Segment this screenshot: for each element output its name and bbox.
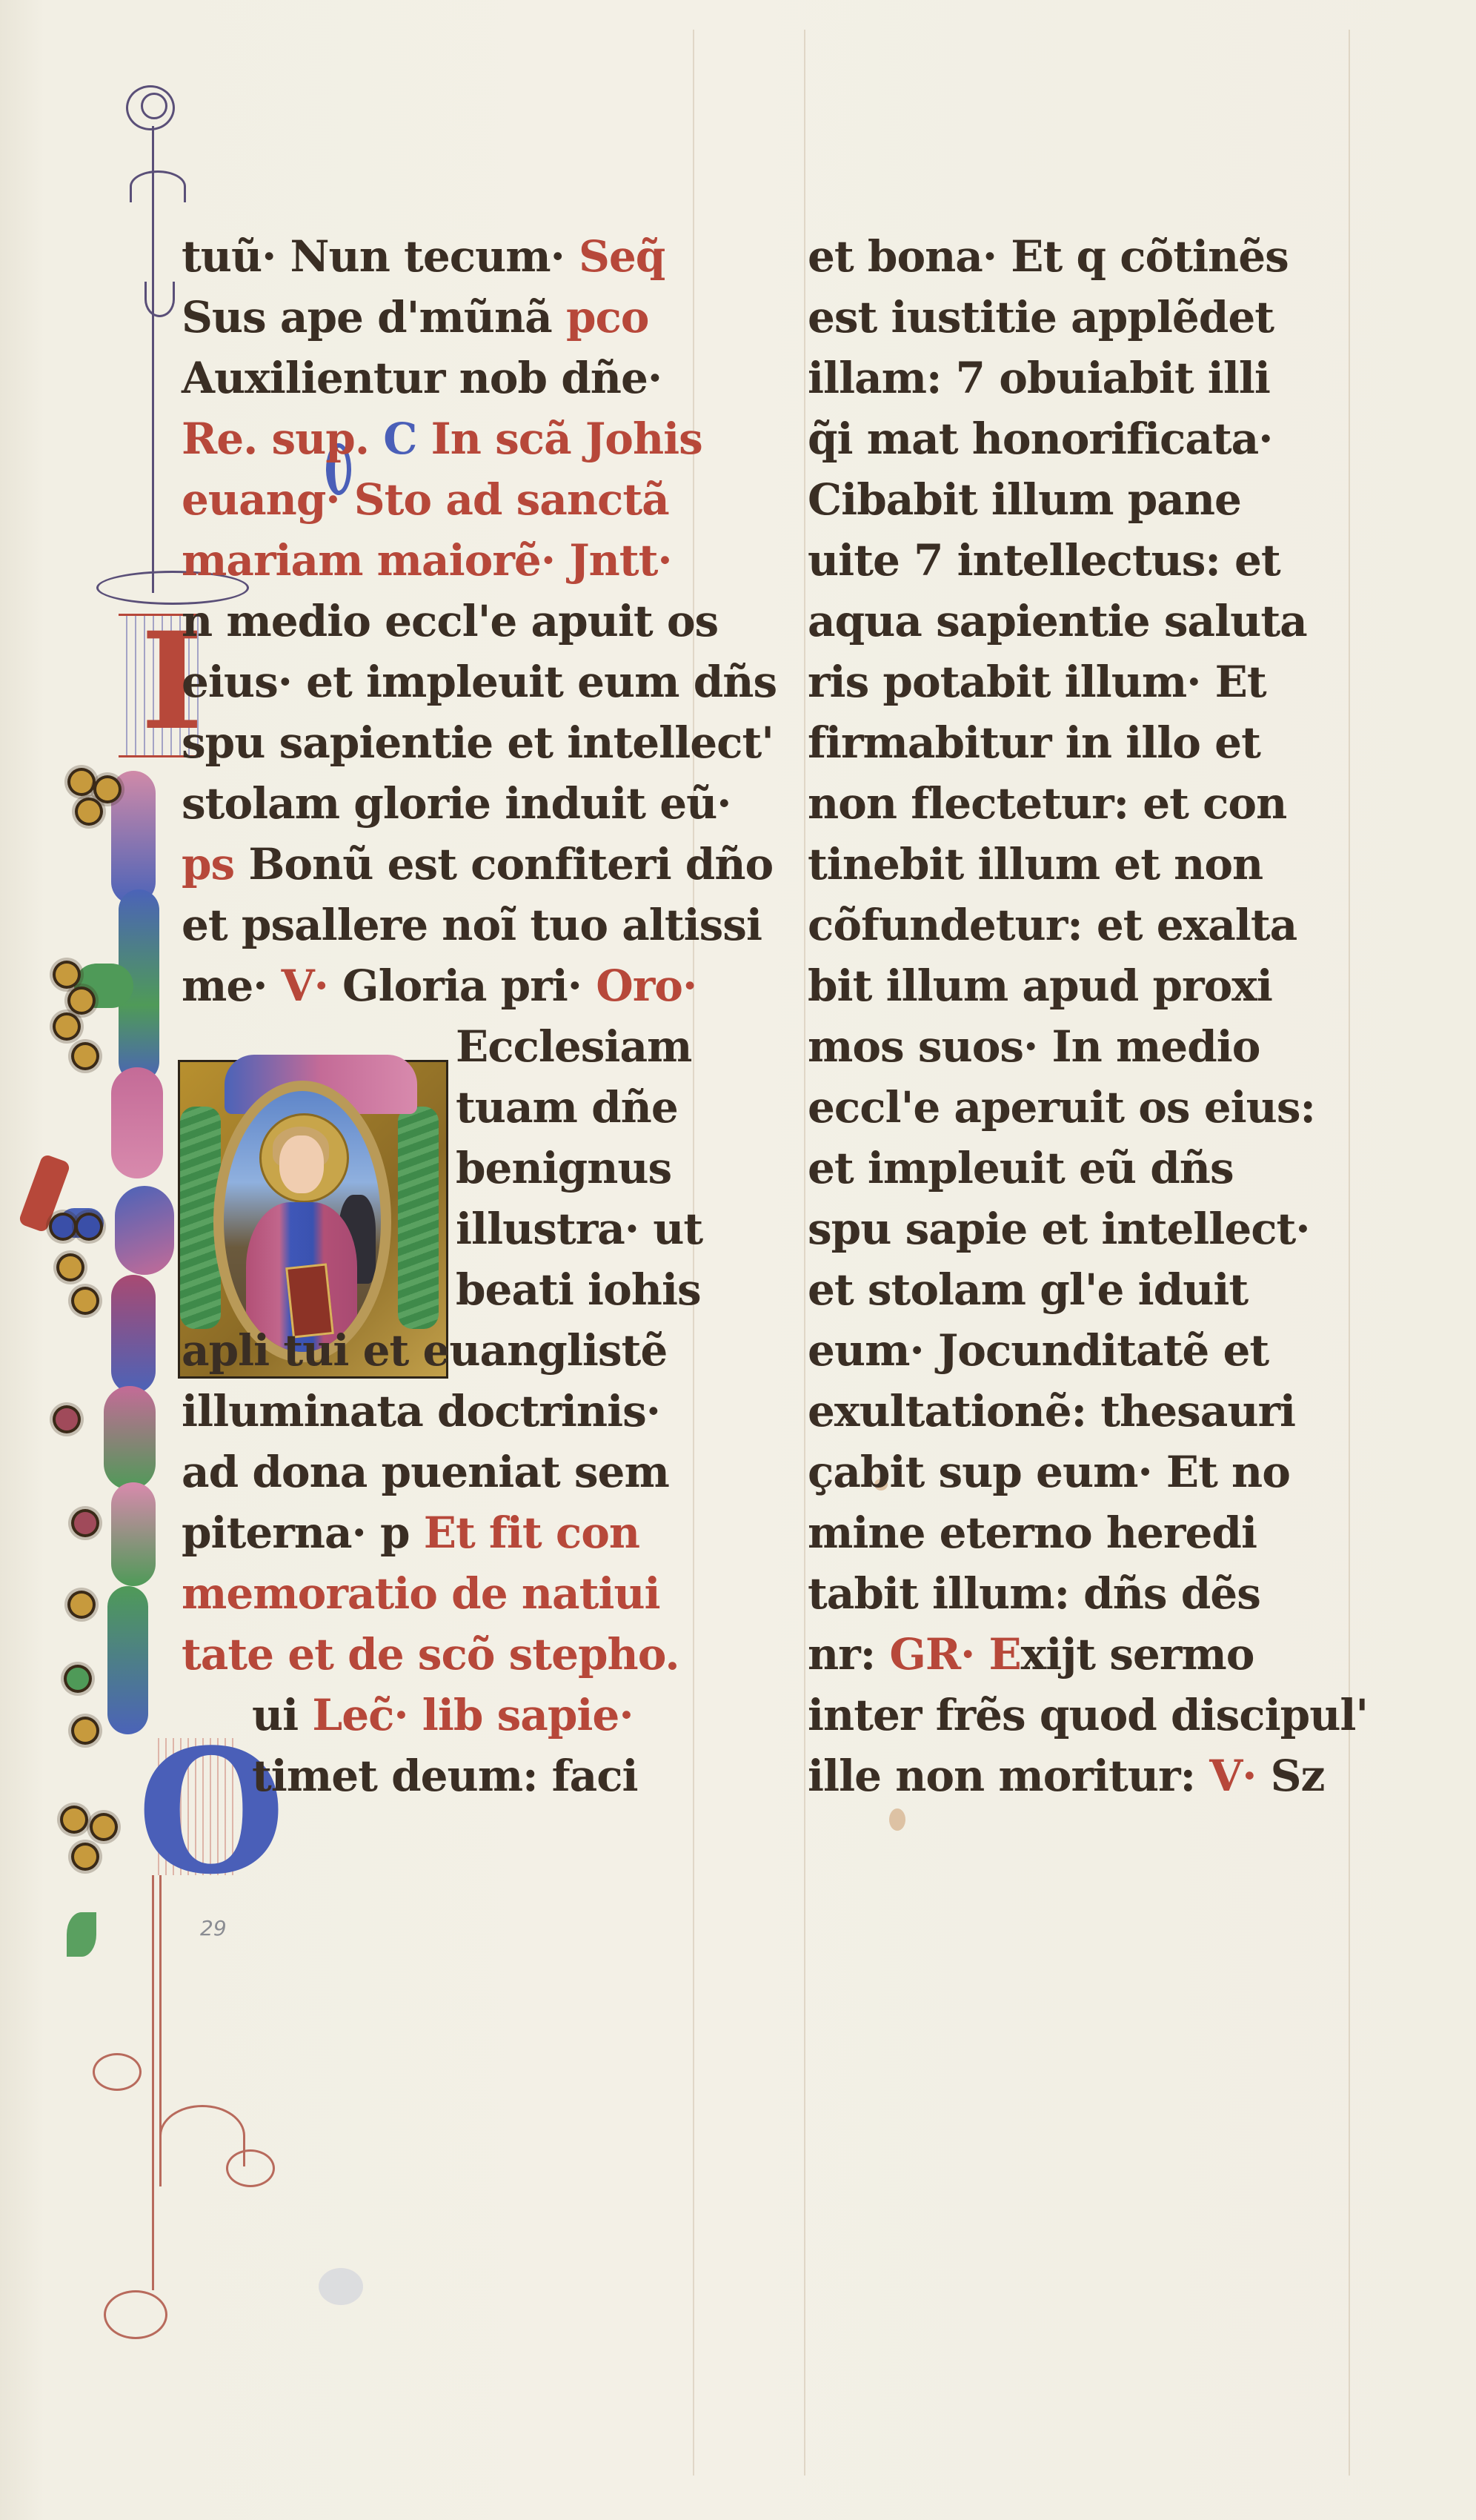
text-segment: tinebit illum et non bbox=[808, 839, 1263, 889]
text-line: ui Lec̃· lib sapie· bbox=[252, 1685, 634, 1745]
gold-bead bbox=[70, 1594, 93, 1616]
text-line: Re. sup. C In scã Johis bbox=[182, 408, 702, 469]
text-line: mariam maiorẽ· Jntt· bbox=[182, 530, 672, 591]
text-segment: illam: 7 obuiabit illi bbox=[808, 353, 1270, 403]
rubric-text: euang· Sto ad sanctã bbox=[182, 474, 669, 525]
gold-bead bbox=[74, 1045, 96, 1067]
gold-bead bbox=[74, 1512, 96, 1534]
text-segment: bit illum apud proxi bbox=[808, 961, 1272, 1011]
rubric-text: In scã Johis bbox=[416, 414, 702, 464]
text-segment: et psallere noĩ tuo altissi bbox=[182, 900, 762, 950]
text-line: spu sapientie et intellect' bbox=[182, 712, 774, 773]
text-line: tuũ· Nun tecum· Seq̃ bbox=[182, 226, 665, 287]
rubric-text: tate et de scõ stepho. bbox=[182, 1629, 679, 1680]
text-segment: spu sapie et intellect· bbox=[808, 1204, 1310, 1254]
text-line: eccl'e aperuit os eius: bbox=[808, 1077, 1315, 1138]
rubric-text: memoratio de natiui bbox=[182, 1568, 660, 1619]
text-line: non flectetur: et con bbox=[808, 773, 1286, 834]
manuscript-page: I bbox=[0, 0, 1476, 2520]
red-penwork-flourish bbox=[104, 2290, 167, 2339]
text-line: nr: GR· Exijt sermo bbox=[808, 1624, 1254, 1685]
text-segment: est iustitie applẽdet bbox=[808, 292, 1274, 342]
left-text-column: tuũ· Nun tecum· Seq̃Sus ape d'mũnã pcoAu… bbox=[182, 226, 700, 1857]
gold-bead bbox=[78, 800, 100, 823]
text-line: et bona· Et q cõtinẽs bbox=[808, 226, 1289, 287]
text-segment: aqua sapientie saluta bbox=[808, 596, 1307, 646]
text-line: spu sapie et intellect· bbox=[808, 1198, 1310, 1259]
text-segment: non flectetur: et con bbox=[808, 778, 1286, 829]
text-segment: timet deum: faci bbox=[252, 1751, 638, 1801]
text-segment: Sz bbox=[1271, 1751, 1325, 1801]
rubric-text: V· bbox=[282, 961, 342, 1011]
gold-bead bbox=[96, 778, 119, 800]
text-segment: Sus ape d'mũnã bbox=[182, 292, 566, 342]
text-line: ps Bonũ est confiteri dño bbox=[182, 834, 773, 895]
gold-bead bbox=[56, 964, 78, 986]
text-line: bit illum apud proxi bbox=[808, 955, 1272, 1016]
text-segment: eccl'e aperuit os eius: bbox=[808, 1082, 1315, 1133]
text-segment: Ecclesiam bbox=[456, 1021, 691, 1072]
text-segment: et bona· Et q cõtinẽs bbox=[808, 231, 1289, 282]
text-line: uite 7 intellectus: et bbox=[808, 530, 1280, 591]
text-line: mine eterno heredi bbox=[808, 1502, 1257, 1563]
text-segment: uite 7 intellectus: et bbox=[808, 535, 1280, 586]
text-segment: mos suos· In medio bbox=[808, 1021, 1260, 1072]
text-line: firmabitur in illo et bbox=[808, 712, 1260, 773]
gold-bead bbox=[63, 1808, 85, 1831]
text-segment: stolam glorie induit eũ· bbox=[182, 778, 731, 829]
rubric-text: Seq̃ bbox=[579, 231, 665, 282]
text-line: Sus ape d'mũnã pco bbox=[182, 287, 649, 348]
rubric-text: Re. sup. bbox=[182, 414, 383, 464]
text-line: me· V· Gloria pri· Oro· bbox=[182, 955, 697, 1016]
stain bbox=[319, 2268, 363, 2305]
text-line: tate et de scõ stepho. bbox=[182, 1624, 679, 1685]
gold-bead bbox=[93, 1816, 115, 1838]
text-line: eum· Jocunditatẽ et bbox=[808, 1320, 1269, 1381]
rubric-text: GR· E bbox=[889, 1629, 1020, 1680]
text-segment: Gloria pri· bbox=[342, 961, 596, 1011]
text-line: timet deum: faci bbox=[252, 1745, 638, 1806]
text-segment: ad dona pueniat sem bbox=[182, 1447, 669, 1497]
rubric-text: Et fit con bbox=[424, 1508, 639, 1558]
text-segment: piterna· p bbox=[182, 1508, 424, 1558]
text-line: euang· Sto ad sanctã bbox=[182, 469, 669, 530]
text-segment: eum· Jocunditatẽ et bbox=[808, 1325, 1269, 1376]
rubric-text: pco bbox=[566, 292, 649, 342]
text-line: tabit illum: dñs dẽs bbox=[808, 1563, 1260, 1624]
text-line: ille non moritur: V· Sz bbox=[808, 1745, 1324, 1806]
text-line: illuminata doctrinis· bbox=[182, 1381, 660, 1442]
text-line: apli tui et euanglistẽ bbox=[182, 1320, 667, 1381]
text-line: mos suos· In medio bbox=[808, 1016, 1260, 1077]
text-segment: Bonũ est confiteri dño bbox=[248, 839, 773, 889]
text-segment: beati iohis bbox=[456, 1264, 701, 1315]
text-line: Ecclesiam bbox=[456, 1016, 691, 1077]
text-segment: me· bbox=[182, 961, 282, 1011]
red-penwork-flourish bbox=[93, 2053, 142, 2091]
rubric-text: Lec̃· lib sapie· bbox=[312, 1690, 633, 1740]
text-segment: Cibabit illum pane bbox=[808, 474, 1241, 525]
text-segment: apli tui et euanglistẽ bbox=[182, 1325, 667, 1376]
text-line: exultationẽ: thesauri bbox=[808, 1381, 1295, 1442]
text-segment: exultationẽ: thesauri bbox=[808, 1386, 1295, 1436]
text-segment: et impleuit eũ dñs bbox=[808, 1143, 1234, 1193]
text-segment: Auxilientur nob dñe· bbox=[182, 353, 662, 403]
gold-bead bbox=[78, 1216, 100, 1238]
text-line: çabit sup eum· Et no bbox=[808, 1442, 1290, 1502]
rubric-text: Oro· bbox=[596, 961, 697, 1011]
text-segment: xijt sermo bbox=[1021, 1629, 1254, 1680]
text-line: et impleuit eũ dñs bbox=[808, 1138, 1234, 1198]
gold-bead bbox=[70, 989, 93, 1012]
text-line: benignus bbox=[456, 1138, 671, 1198]
gold-bead bbox=[70, 771, 93, 793]
gold-bead bbox=[56, 1015, 78, 1038]
text-line: n medio eccl'e apuit os bbox=[182, 591, 718, 651]
rubric-text: V· bbox=[1209, 1751, 1270, 1801]
text-line: tinebit illum et non bbox=[808, 834, 1263, 895]
text-segment: spu sapientie et intellect' bbox=[182, 717, 774, 768]
text-segment: illuminata doctrinis· bbox=[182, 1386, 660, 1436]
text-segment: tabit illum: dñs dẽs bbox=[808, 1568, 1260, 1619]
rubric-text: ps bbox=[182, 839, 248, 889]
text-line: et stolam gl'e iduit bbox=[808, 1259, 1248, 1320]
text-line: illustra· ut bbox=[456, 1198, 702, 1259]
text-line: et psallere noĩ tuo altissi bbox=[182, 895, 762, 955]
text-segment: tuam dñe bbox=[456, 1082, 678, 1133]
text-segment: inter frẽs quod discipul' bbox=[808, 1690, 1368, 1740]
column-rule-center bbox=[804, 30, 805, 2476]
text-line: beati iohis bbox=[456, 1259, 701, 1320]
text-segment: nr: bbox=[808, 1629, 889, 1680]
text-line: inter frẽs quod discipul' bbox=[808, 1685, 1368, 1745]
text-segment: q̃i mat honorificata· bbox=[808, 414, 1272, 464]
text-segment: et stolam gl'e iduit bbox=[808, 1264, 1248, 1315]
gold-bead bbox=[67, 1668, 89, 1690]
text-segment: mine eterno heredi bbox=[808, 1508, 1257, 1558]
text-segment: n medio eccl'e apuit os bbox=[182, 596, 718, 646]
text-line: ad dona pueniat sem bbox=[182, 1442, 669, 1502]
gold-bead bbox=[52, 1216, 74, 1238]
blue-initial-text: C bbox=[383, 414, 416, 464]
text-line: cõfundetur: et exalta bbox=[808, 895, 1297, 955]
gold-bead bbox=[56, 1408, 78, 1430]
text-line: piterna· p Et fit con bbox=[182, 1502, 639, 1563]
text-segment: ris potabit illum· Et bbox=[808, 657, 1266, 707]
text-segment: cõfundetur: et exalta bbox=[808, 900, 1297, 950]
text-line: eius· et impleuit eum dñs bbox=[182, 651, 777, 712]
text-segment: ille non moritur: bbox=[808, 1751, 1209, 1801]
gold-bead bbox=[59, 1256, 82, 1279]
folio-pencil-number: 29 bbox=[200, 1916, 227, 1940]
right-text-column: et bona· Et q cõtinẽsest iustitie applẽd… bbox=[808, 226, 1371, 1857]
gold-bead bbox=[74, 1846, 96, 1868]
red-penwork-stem bbox=[152, 1875, 154, 2290]
text-line: memoratio de natiui bbox=[182, 1563, 660, 1624]
text-segment: tuũ· Nun tecum· bbox=[182, 231, 579, 282]
text-line: tuam dñe bbox=[456, 1077, 678, 1138]
gold-bead bbox=[74, 1720, 96, 1742]
text-line: est iustitie applẽdet bbox=[808, 287, 1274, 348]
text-segment: firmabitur in illo et bbox=[808, 717, 1260, 768]
text-line: stolam glorie induit eũ· bbox=[182, 773, 731, 834]
text-line: ris potabit illum· Et bbox=[808, 651, 1266, 712]
text-line: q̃i mat honorificata· bbox=[808, 408, 1272, 469]
text-line: aqua sapientie saluta bbox=[808, 591, 1307, 651]
text-segment: eius· et impleuit eum dñs bbox=[182, 657, 777, 707]
rubric-text: mariam maiorẽ· Jntt· bbox=[182, 535, 672, 586]
text-line: Cibabit illum pane bbox=[808, 469, 1241, 530]
text-segment: benignus bbox=[456, 1143, 671, 1193]
text-segment: ui bbox=[252, 1690, 312, 1740]
text-segment: çabit sup eum· Et no bbox=[808, 1447, 1290, 1497]
text-line: illam: 7 obuiabit illi bbox=[808, 348, 1270, 408]
text-line: Auxilientur nob dñe· bbox=[182, 348, 662, 408]
gold-bead bbox=[74, 1290, 96, 1312]
text-segment: illustra· ut bbox=[456, 1204, 702, 1254]
